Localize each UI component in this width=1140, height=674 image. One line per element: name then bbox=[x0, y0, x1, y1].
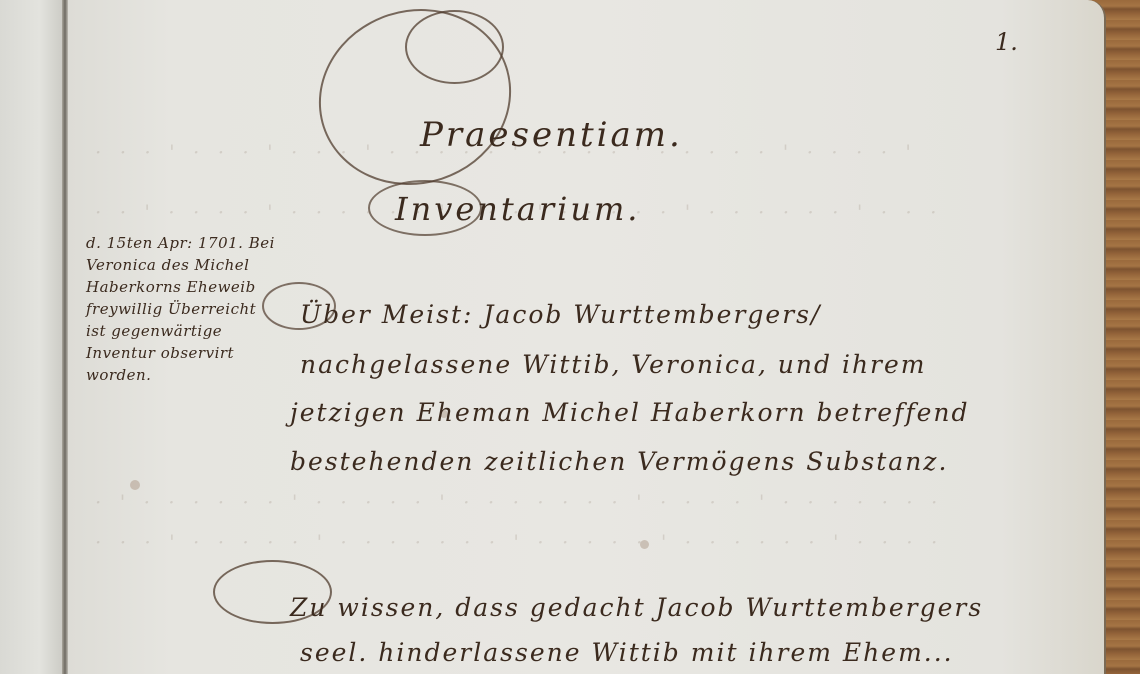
margin-note-line: worden. bbox=[86, 364, 275, 386]
margin-note-line: Veronica des Michel bbox=[86, 254, 275, 276]
margin-note: d. 15ten Apr: 1701. Bei Veronica des Mic… bbox=[86, 232, 275, 386]
margin-note-line: Inventur observirt bbox=[86, 342, 275, 364]
bleed-through-text: · · · ' · · · · · ' · · · · · · · ' · · … bbox=[95, 530, 943, 554]
body-line: seel. hinderlassene Wittib mit ihrem Ehe… bbox=[300, 638, 954, 667]
heading-inventarium: Inventarium. bbox=[395, 190, 640, 228]
margin-note-line: Haberkorns Eheweib bbox=[86, 276, 275, 298]
body-line: nachgelassene Wittib, Veronica, und ihre… bbox=[300, 350, 927, 379]
margin-note-line: ist gegenwärtige bbox=[86, 320, 275, 342]
ornamental-capital-flourish bbox=[405, 10, 504, 84]
left-page-edge bbox=[0, 0, 66, 674]
folio-number: 1. bbox=[995, 28, 1018, 56]
margin-note-line: d. 15ten Apr: 1701. Bei bbox=[86, 232, 275, 254]
body-line: Über Meist: Jacob Wurttembergers/ bbox=[300, 300, 821, 329]
body-line: Zu wissen, dass gedacht Jacob Wurttember… bbox=[290, 593, 983, 622]
ink-stain bbox=[640, 540, 649, 549]
margin-note-line: freywillig Überreicht bbox=[86, 298, 275, 320]
bleed-through-text: · ' · · · · · · ' · · · · · ' · · · · · … bbox=[95, 490, 943, 514]
heading-praesentiam: Praesentiam. bbox=[420, 115, 683, 155]
body-line: jetzigen Eheman Michel Haberkorn betreff… bbox=[290, 398, 970, 427]
ink-stain bbox=[130, 480, 140, 490]
body-line: bestehenden zeitlichen Vermögens Substan… bbox=[290, 447, 948, 476]
